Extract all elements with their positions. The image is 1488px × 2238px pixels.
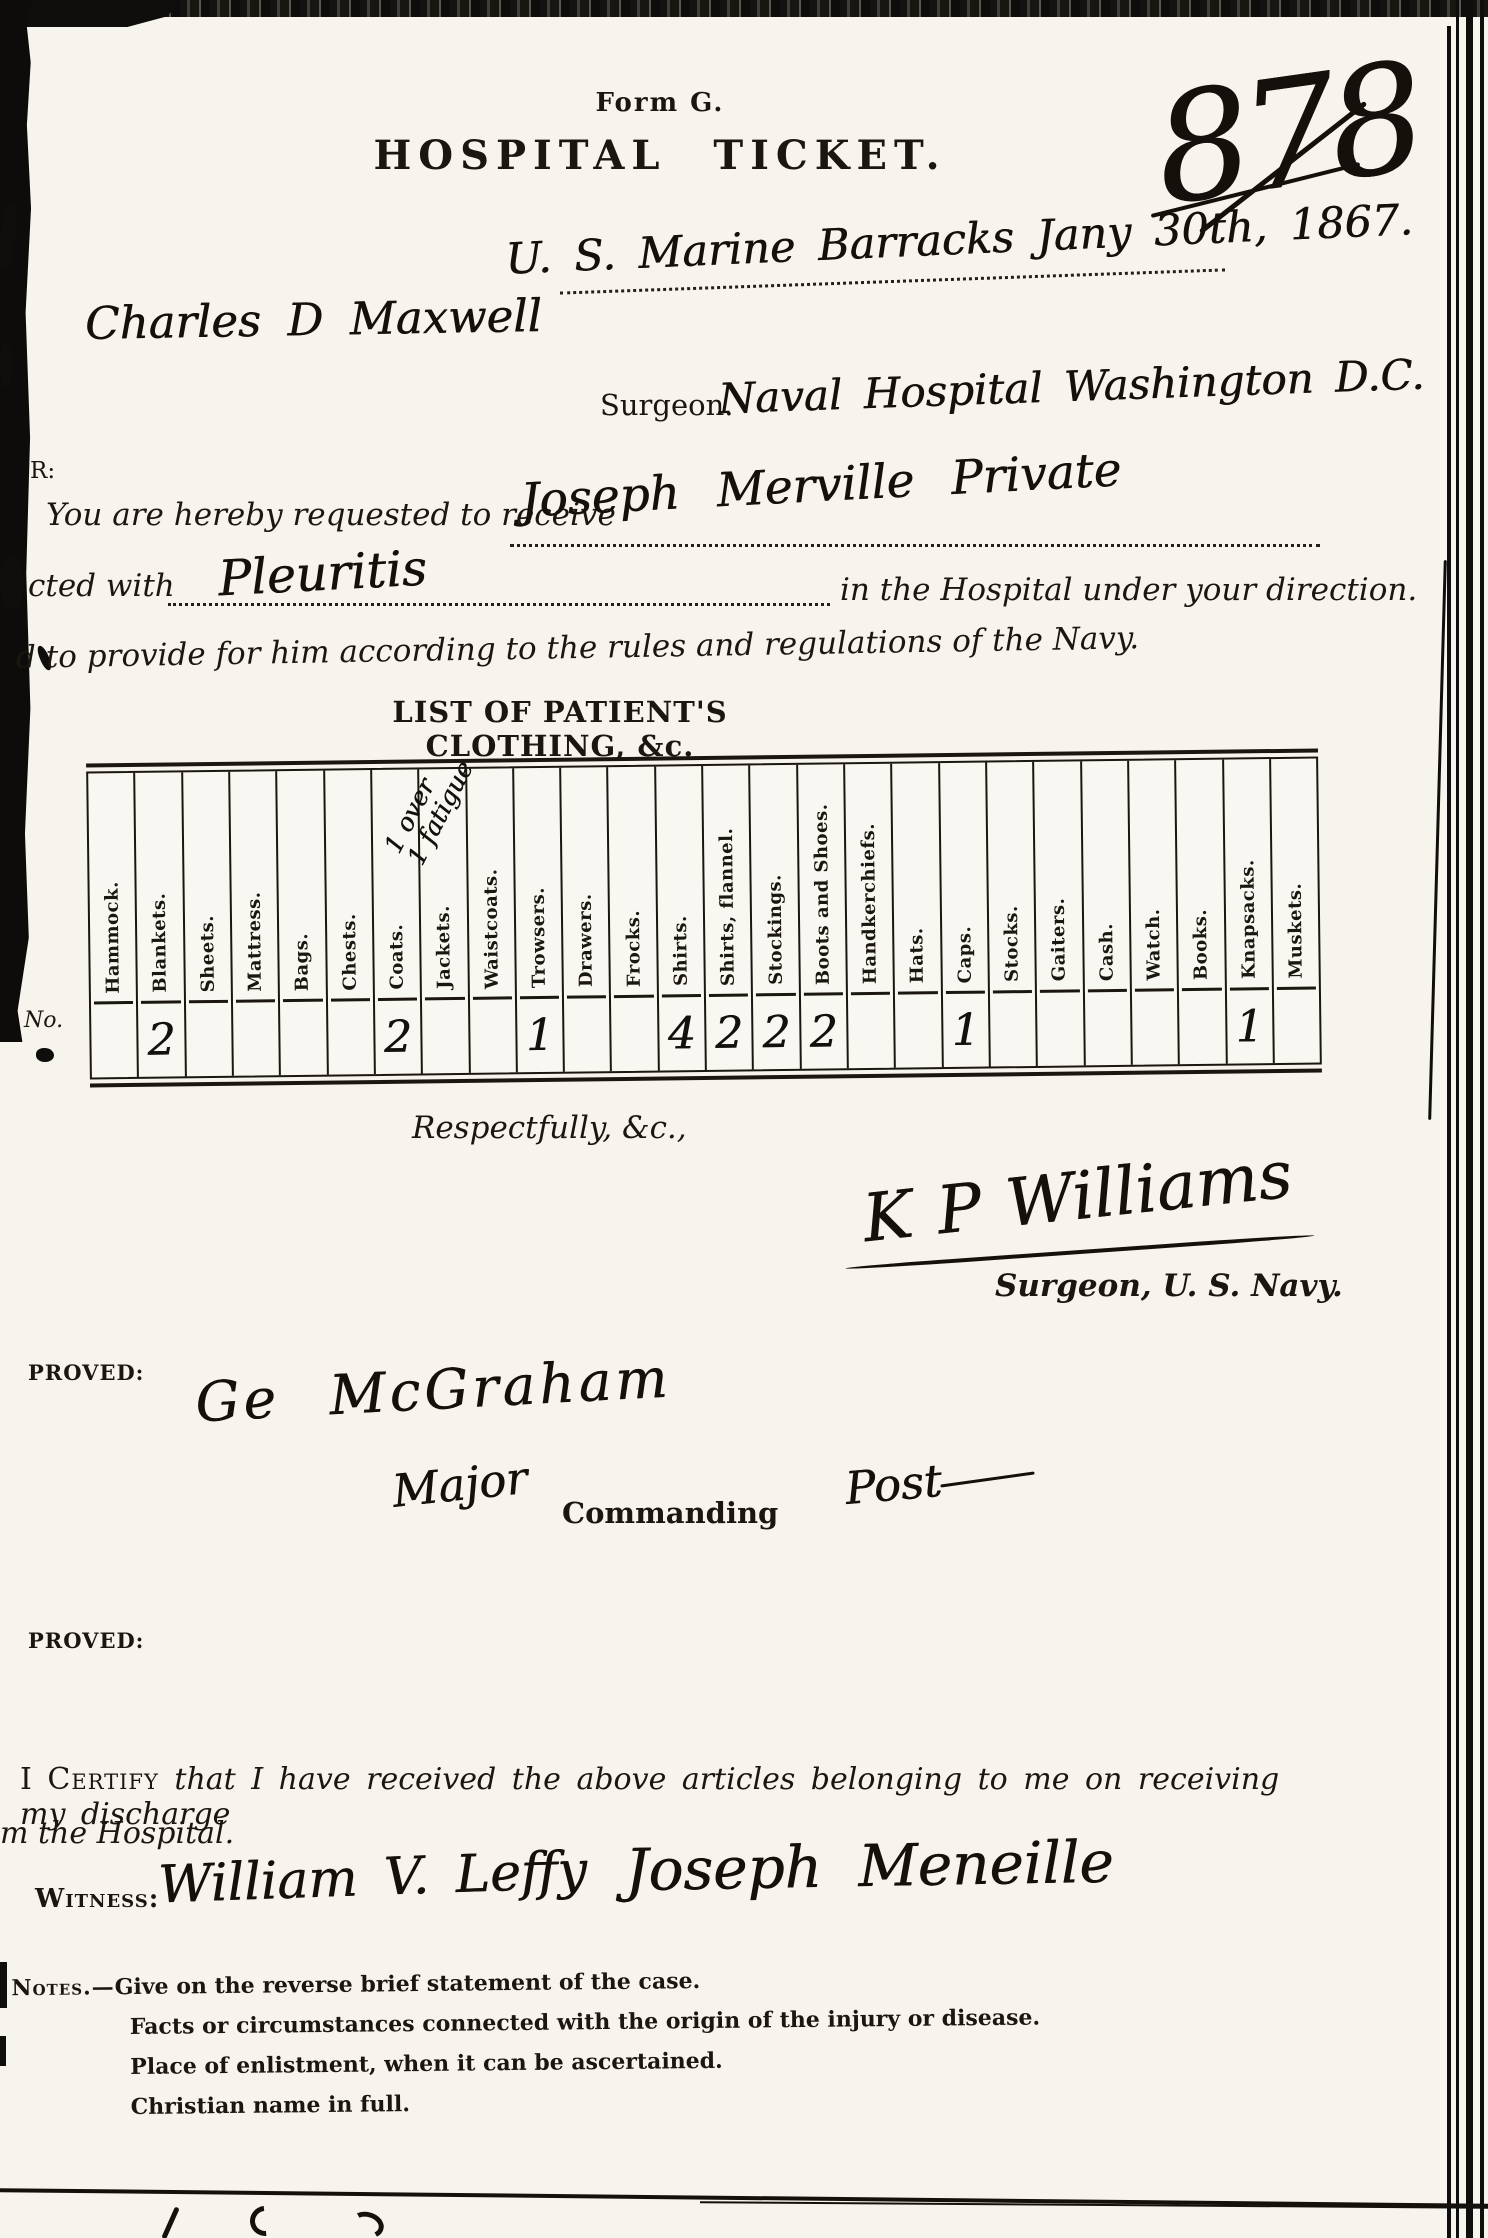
column-header: Stockings.	[764, 874, 786, 985]
column-header: Mattress.	[244, 891, 266, 991]
diagnosis-dotted-rule	[168, 603, 830, 606]
provide-line-printed: d to provide for him according to the ru…	[16, 620, 1140, 676]
column-value: 2	[753, 995, 799, 1070]
column-value	[328, 1000, 374, 1075]
addressee-rank-printed: Surgeon.	[600, 388, 734, 422]
clothing-column: Stocks.	[987, 762, 1038, 1067]
column-header: Sheets.	[197, 915, 219, 992]
column-value	[564, 997, 610, 1072]
clothing-column: Caps.1	[940, 763, 991, 1068]
approved-label-fragment: PROVED:	[28, 1628, 144, 1653]
scan-artifact-bottom-writing	[244, 2200, 286, 2238]
clothing-column: Sheets.	[183, 772, 234, 1077]
column-value: 1	[1226, 989, 1272, 1064]
column-value	[422, 999, 468, 1074]
scan-artifact-ink-fragment	[0, 1962, 7, 2008]
addressee-name-handwriting: Charles D Maxwell	[85, 289, 543, 350]
column-header: Muskets.	[1285, 883, 1307, 979]
column-value	[990, 992, 1036, 1067]
post-flourish-tail	[940, 1471, 1034, 1487]
column-value: 4	[659, 996, 705, 1071]
column-value	[233, 1001, 279, 1076]
scan-artifact-binding-line	[1466, 0, 1473, 2238]
commander-signature-handwriting: Ge McGraham	[194, 1346, 673, 1435]
clothing-column: Books.	[1176, 760, 1227, 1065]
witness-label: Witness:	[35, 1884, 159, 1914]
clothing-column: Mattress.	[230, 771, 281, 1076]
scan-artifact-bottom-writing	[347, 2208, 387, 2238]
clothing-column: Boots and Shoes.2	[798, 764, 849, 1069]
clothing-column: Bags.	[277, 771, 328, 1076]
clothing-list-title: LIST OF PATIENT'S CLOTHING, &c.	[330, 695, 790, 763]
clothing-column: Blankets.2	[135, 772, 186, 1077]
witness-signature-handwriting: William V. Leffy	[157, 1841, 588, 1916]
salutation-fragment: R:	[30, 458, 55, 484]
column-value	[1132, 990, 1178, 1065]
column-value: 1	[517, 998, 563, 1073]
column-header: Gaiters.	[1048, 898, 1070, 982]
affected-with-fragment: cted with	[28, 568, 175, 604]
column-value	[1179, 990, 1225, 1065]
column-header: Waistcoats.	[480, 868, 502, 989]
clothing-column: Waistcoats.	[467, 768, 518, 1073]
clothing-column: Shirts, flannel.2	[703, 765, 754, 1070]
column-header: Knapsacks.	[1237, 860, 1259, 980]
clothing-column: Drawers.	[561, 767, 612, 1072]
column-value: 2	[706, 995, 752, 1070]
column-header: Boots and Shoes.	[810, 803, 833, 985]
column-header: Handkerchiefs.	[858, 823, 881, 984]
column-value	[91, 1003, 137, 1078]
scan-artifact-ink-fragment	[0, 342, 12, 388]
column-header: Cash.	[1096, 923, 1118, 981]
column-header: Stocks.	[1001, 905, 1023, 982]
scan-artifact-binding-line	[1456, 0, 1459, 2238]
certificate-line2-fragment: m the Hospital.	[0, 1816, 234, 1851]
column-header: Frocks.	[622, 909, 644, 987]
scan-artifact-bottom-writing	[161, 2206, 179, 2238]
post-handwriting: Post	[843, 1454, 944, 1515]
clothing-column: Knapsacks.1	[1224, 759, 1275, 1064]
surgeon-title-printed: Surgeon, U. S. Navy.	[995, 1268, 1343, 1304]
direction-line-printed: in the Hospital under your direction.	[840, 572, 1417, 608]
clothing-table: Hammock. Blankets.2 Sheets. Mattress. Ba…	[86, 748, 1322, 1087]
form-label: Form G.	[460, 88, 860, 118]
column-header: Chests.	[339, 913, 361, 990]
column-header: Jackets.	[433, 905, 455, 989]
page-title: HOSPITAL TICKET.	[360, 132, 960, 179]
column-value	[848, 994, 894, 1069]
clothing-column: Muskets.	[1271, 759, 1320, 1064]
column-header: Shirts.	[670, 916, 692, 987]
certificate-keyword: Certify	[47, 1762, 158, 1797]
column-value	[611, 997, 657, 1072]
request-dotted-rule	[510, 544, 1320, 547]
column-value: 2	[801, 994, 847, 1069]
scan-artifact-binding-line	[1480, 0, 1484, 2238]
hospital-ticket-document: Form G. HOSPITAL TICKET. 878 U. S. Marin…	[0, 0, 1488, 2238]
clothing-column: Stockings.2	[751, 765, 802, 1070]
column-header: Shirts, flannel.	[716, 827, 739, 986]
scan-artifact-binding-line	[1447, 26, 1451, 2238]
clothing-column: Hats.	[892, 763, 943, 1068]
column-header: Hats.	[907, 927, 929, 983]
column-value	[186, 1002, 232, 1077]
scan-artifact-left-margin-bar	[0, 0, 32, 1042]
clothing-column: Chests.	[325, 770, 376, 1075]
column-value	[469, 998, 515, 1073]
clothing-column: Watch.	[1129, 760, 1180, 1065]
commander-rank-handwriting: Major	[390, 1451, 530, 1518]
column-header: Caps.	[954, 925, 976, 983]
column-header: Hammock.	[102, 881, 124, 994]
clothing-table-grid: Hammock. Blankets.2 Sheets. Mattress. Ba…	[86, 756, 1322, 1079]
patient-name-handwriting: Joseph Merville Private	[519, 442, 1123, 528]
scan-artifact-binding-line	[1428, 560, 1447, 1120]
column-value: 1	[943, 993, 989, 1068]
column-value	[1037, 991, 1083, 1066]
column-header: Watch.	[1143, 908, 1165, 980]
respectfully-line: Respectfully, &c.,	[412, 1110, 687, 1146]
clothing-column: Shirts.4	[656, 766, 707, 1071]
column-value: 2	[138, 1002, 184, 1077]
column-header: Blankets.	[149, 893, 171, 993]
column-header: Books.	[1190, 909, 1212, 980]
table-row-label: No.	[24, 1008, 63, 1033]
scan-artifact-top-edge	[0, 0, 1488, 17]
column-value	[1274, 988, 1320, 1063]
commanding-printed: Commanding	[562, 1496, 778, 1530]
dateline-handwriting: U. S. Marine Barracks Jany 30th, 1867.	[504, 195, 1414, 285]
column-header: Drawers.	[575, 894, 597, 988]
notes-line-text: Give on the reverse brief statement of t…	[115, 1968, 701, 2000]
scan-artifact-ink-fragment	[0, 2036, 6, 2066]
clothing-column: Handkerchiefs.	[845, 764, 896, 1069]
clothing-column: Frocks.	[609, 767, 660, 1072]
column-value: 2	[375, 999, 421, 1074]
addressee-station-handwriting: Naval Hospital Washington D.C.	[717, 350, 1425, 424]
clothing-column: Cash.	[1082, 761, 1133, 1066]
certificate-lead: I	[20, 1762, 32, 1797]
column-header: Coats.	[386, 924, 408, 990]
clothing-column: Gaiters.	[1034, 761, 1085, 1066]
clothing-column: Trowsers.1	[514, 768, 565, 1073]
column-value	[280, 1001, 326, 1076]
patient-signature-handwriting: Joseph Meneille	[624, 1828, 1114, 1905]
column-value	[895, 993, 941, 1068]
column-header: Bags.	[292, 932, 314, 991]
notes-label: Notes.—	[11, 1974, 115, 2001]
clothing-column: Hammock.	[88, 773, 139, 1078]
column-value	[1084, 991, 1130, 1066]
column-header: Trowsers.	[528, 887, 550, 988]
scan-artifact-ink-fragment	[0, 556, 24, 608]
notes-block: Notes.—Give on the reverse brief stateme…	[11, 1956, 1213, 2129]
approved-label-fragment: PROVED:	[28, 1360, 144, 1385]
scan-artifact-ink-fragment	[36, 1048, 54, 1062]
diagnosis-handwriting: Pleuritis	[217, 540, 429, 608]
